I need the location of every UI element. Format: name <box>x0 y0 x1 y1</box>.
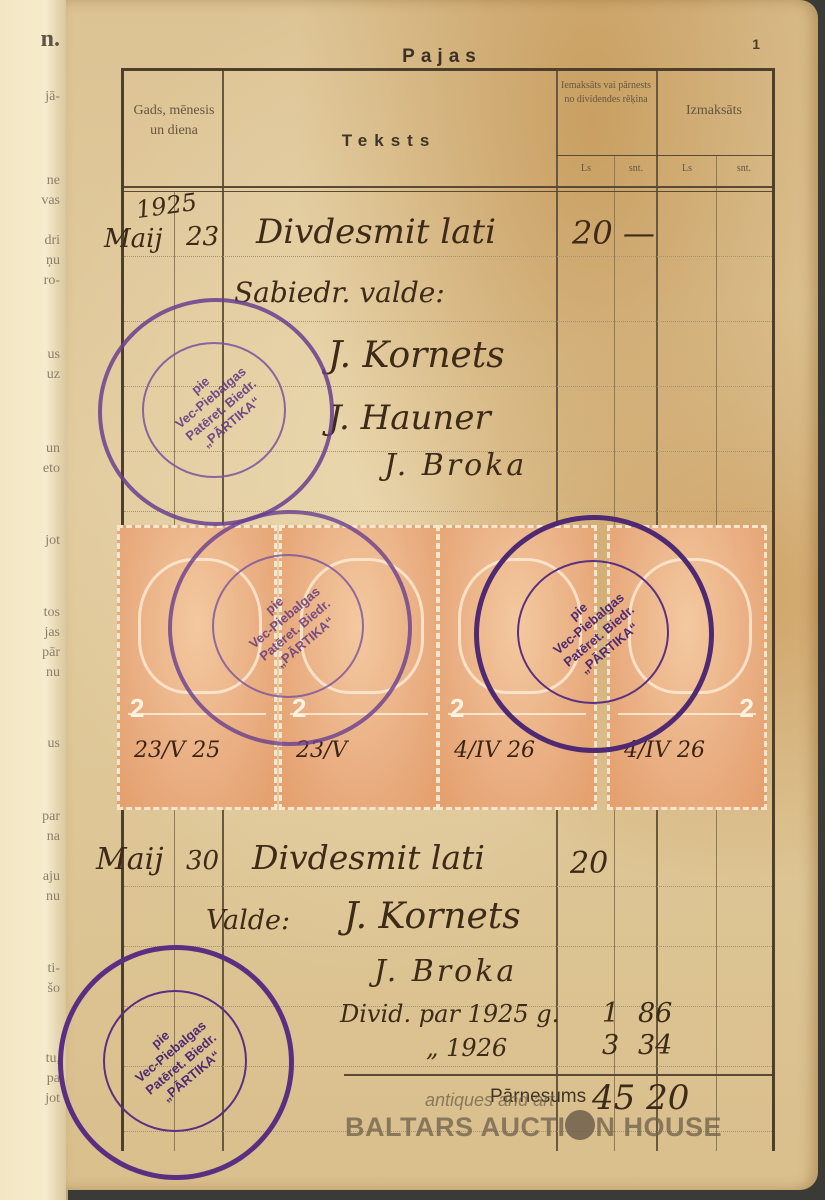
header-lats: Ls <box>658 163 716 174</box>
dividend-santims: 34 <box>638 1030 672 1061</box>
facing-text-fragment: dri <box>44 232 60 250</box>
facing-text-fragment: aju <box>43 868 60 886</box>
dividend-lats: 1 <box>602 998 619 1029</box>
dividend-label: Divid. par 1925 g. <box>340 1000 559 1028</box>
dividend-lats: 3 <box>602 1030 619 1061</box>
facing-text-fragment: ro- <box>44 272 60 290</box>
header-bottom-rule <box>124 191 772 192</box>
entry-1-board-label: Sabiedr. valde: <box>234 276 445 309</box>
signature: J. Broka <box>374 954 517 989</box>
header-santims: snt. <box>718 163 770 174</box>
stamp-date: 4/IV 26 <box>454 738 535 763</box>
facing-text-fragment: nu <box>46 664 60 682</box>
facing-text-fragment: šo <box>48 980 60 998</box>
facing-text-fragment: eto <box>43 460 60 478</box>
society-seal: pie Vec-Piebalgas Patēret. Biedr. „PĀRTI… <box>98 298 334 526</box>
facing-text-fragment: un <box>46 440 60 458</box>
header-paid-out: Izmaksāts <box>658 103 770 119</box>
watermark-tagline: antiques and art <box>425 1090 554 1111</box>
entry-2-amount: 20 <box>570 846 608 881</box>
header-lats: Ls <box>558 163 614 174</box>
facing-text-fragment: jā- <box>45 88 60 106</box>
facing-text-fragment: jot <box>45 1090 60 1108</box>
facing-text-fragment: ņu <box>46 252 60 270</box>
header-date: Gads, mēnesis un diena <box>128 101 220 141</box>
row-line <box>124 256 772 257</box>
auction-house-watermark: antiques and art BALTARS AUCTIN HOUSE <box>345 1110 722 1143</box>
facing-text-fragment: uz <box>47 366 60 384</box>
watermark-name-left: BALTARS AUCTI <box>345 1112 565 1142</box>
dividend-santims: 86 <box>638 998 672 1029</box>
society-seal: pie Vec-Piebalgas Patēret. Biedr. „PĀRTI… <box>474 515 714 753</box>
facing-text-fragment: vas <box>41 192 60 210</box>
header-bottom-rule <box>124 186 772 188</box>
page-title: Pajas <box>66 46 818 68</box>
facing-text-fragment: n. <box>41 30 60 48</box>
header-santims: snt. <box>616 163 656 174</box>
entry-1-month: Maij <box>104 224 163 254</box>
facing-text-fragment: nu <box>46 888 60 906</box>
sum-rule <box>344 1074 772 1076</box>
dividend-label: „ 1926 <box>426 1034 507 1062</box>
facing-text-fragment: jot <box>45 532 60 550</box>
facing-text-fragment: jas <box>44 624 60 642</box>
signature: J. Kornets <box>344 896 521 937</box>
header-paid-in: Iemaksāts vai pārnests no dividendes rēķ… <box>558 79 654 107</box>
signature: J. Broka <box>384 448 527 483</box>
watermark-name-right: N HOUSE <box>595 1112 722 1142</box>
facing-text-fragment: ne <box>47 172 60 190</box>
crown-logo-icon <box>565 1110 595 1140</box>
entry-1-text: Divdesmit lati <box>256 212 496 252</box>
facing-text-fragment: us <box>48 735 60 753</box>
header-divider <box>556 155 772 156</box>
entry-2-month: Maij <box>96 842 164 877</box>
entry-2-day: 30 <box>186 846 219 876</box>
page-number: 1 <box>752 36 760 52</box>
signature: J. Hauner <box>328 398 491 438</box>
facing-text-fragment: us <box>48 346 60 364</box>
facing-text-fragment: ti- <box>48 960 60 978</box>
facing-text-fragment: par <box>42 808 60 826</box>
watermark-name: BALTARS AUCTIN HOUSE <box>345 1110 722 1143</box>
entry-1-amount: 20 — <box>572 214 655 252</box>
society-seal: pie Vec-Piebalgas Patēret. Biedr. „PĀRTI… <box>168 510 412 746</box>
signature: J. Kornets <box>328 335 505 376</box>
facing-text-fragment: na <box>47 828 60 846</box>
stamp-date: 23/V 25 <box>134 738 220 763</box>
entry-1-day: 23 <box>186 222 219 252</box>
entry-2-text: Divdesmit lati <box>252 838 485 877</box>
row-line <box>124 946 772 947</box>
row-line <box>124 886 772 887</box>
society-seal: pie Vec-Piebalgas Patēret. Biedr. „PĀRTI… <box>58 945 294 1180</box>
facing-text-fragment: tos <box>44 604 60 622</box>
facing-text-fragment: pār <box>42 644 60 662</box>
facing-page: n. jā- ne vas dri ņu ro- us uz un eto jo… <box>0 0 68 1200</box>
header-text: Teksts <box>224 131 554 151</box>
entry-2-board-label: Valde: <box>206 905 290 936</box>
